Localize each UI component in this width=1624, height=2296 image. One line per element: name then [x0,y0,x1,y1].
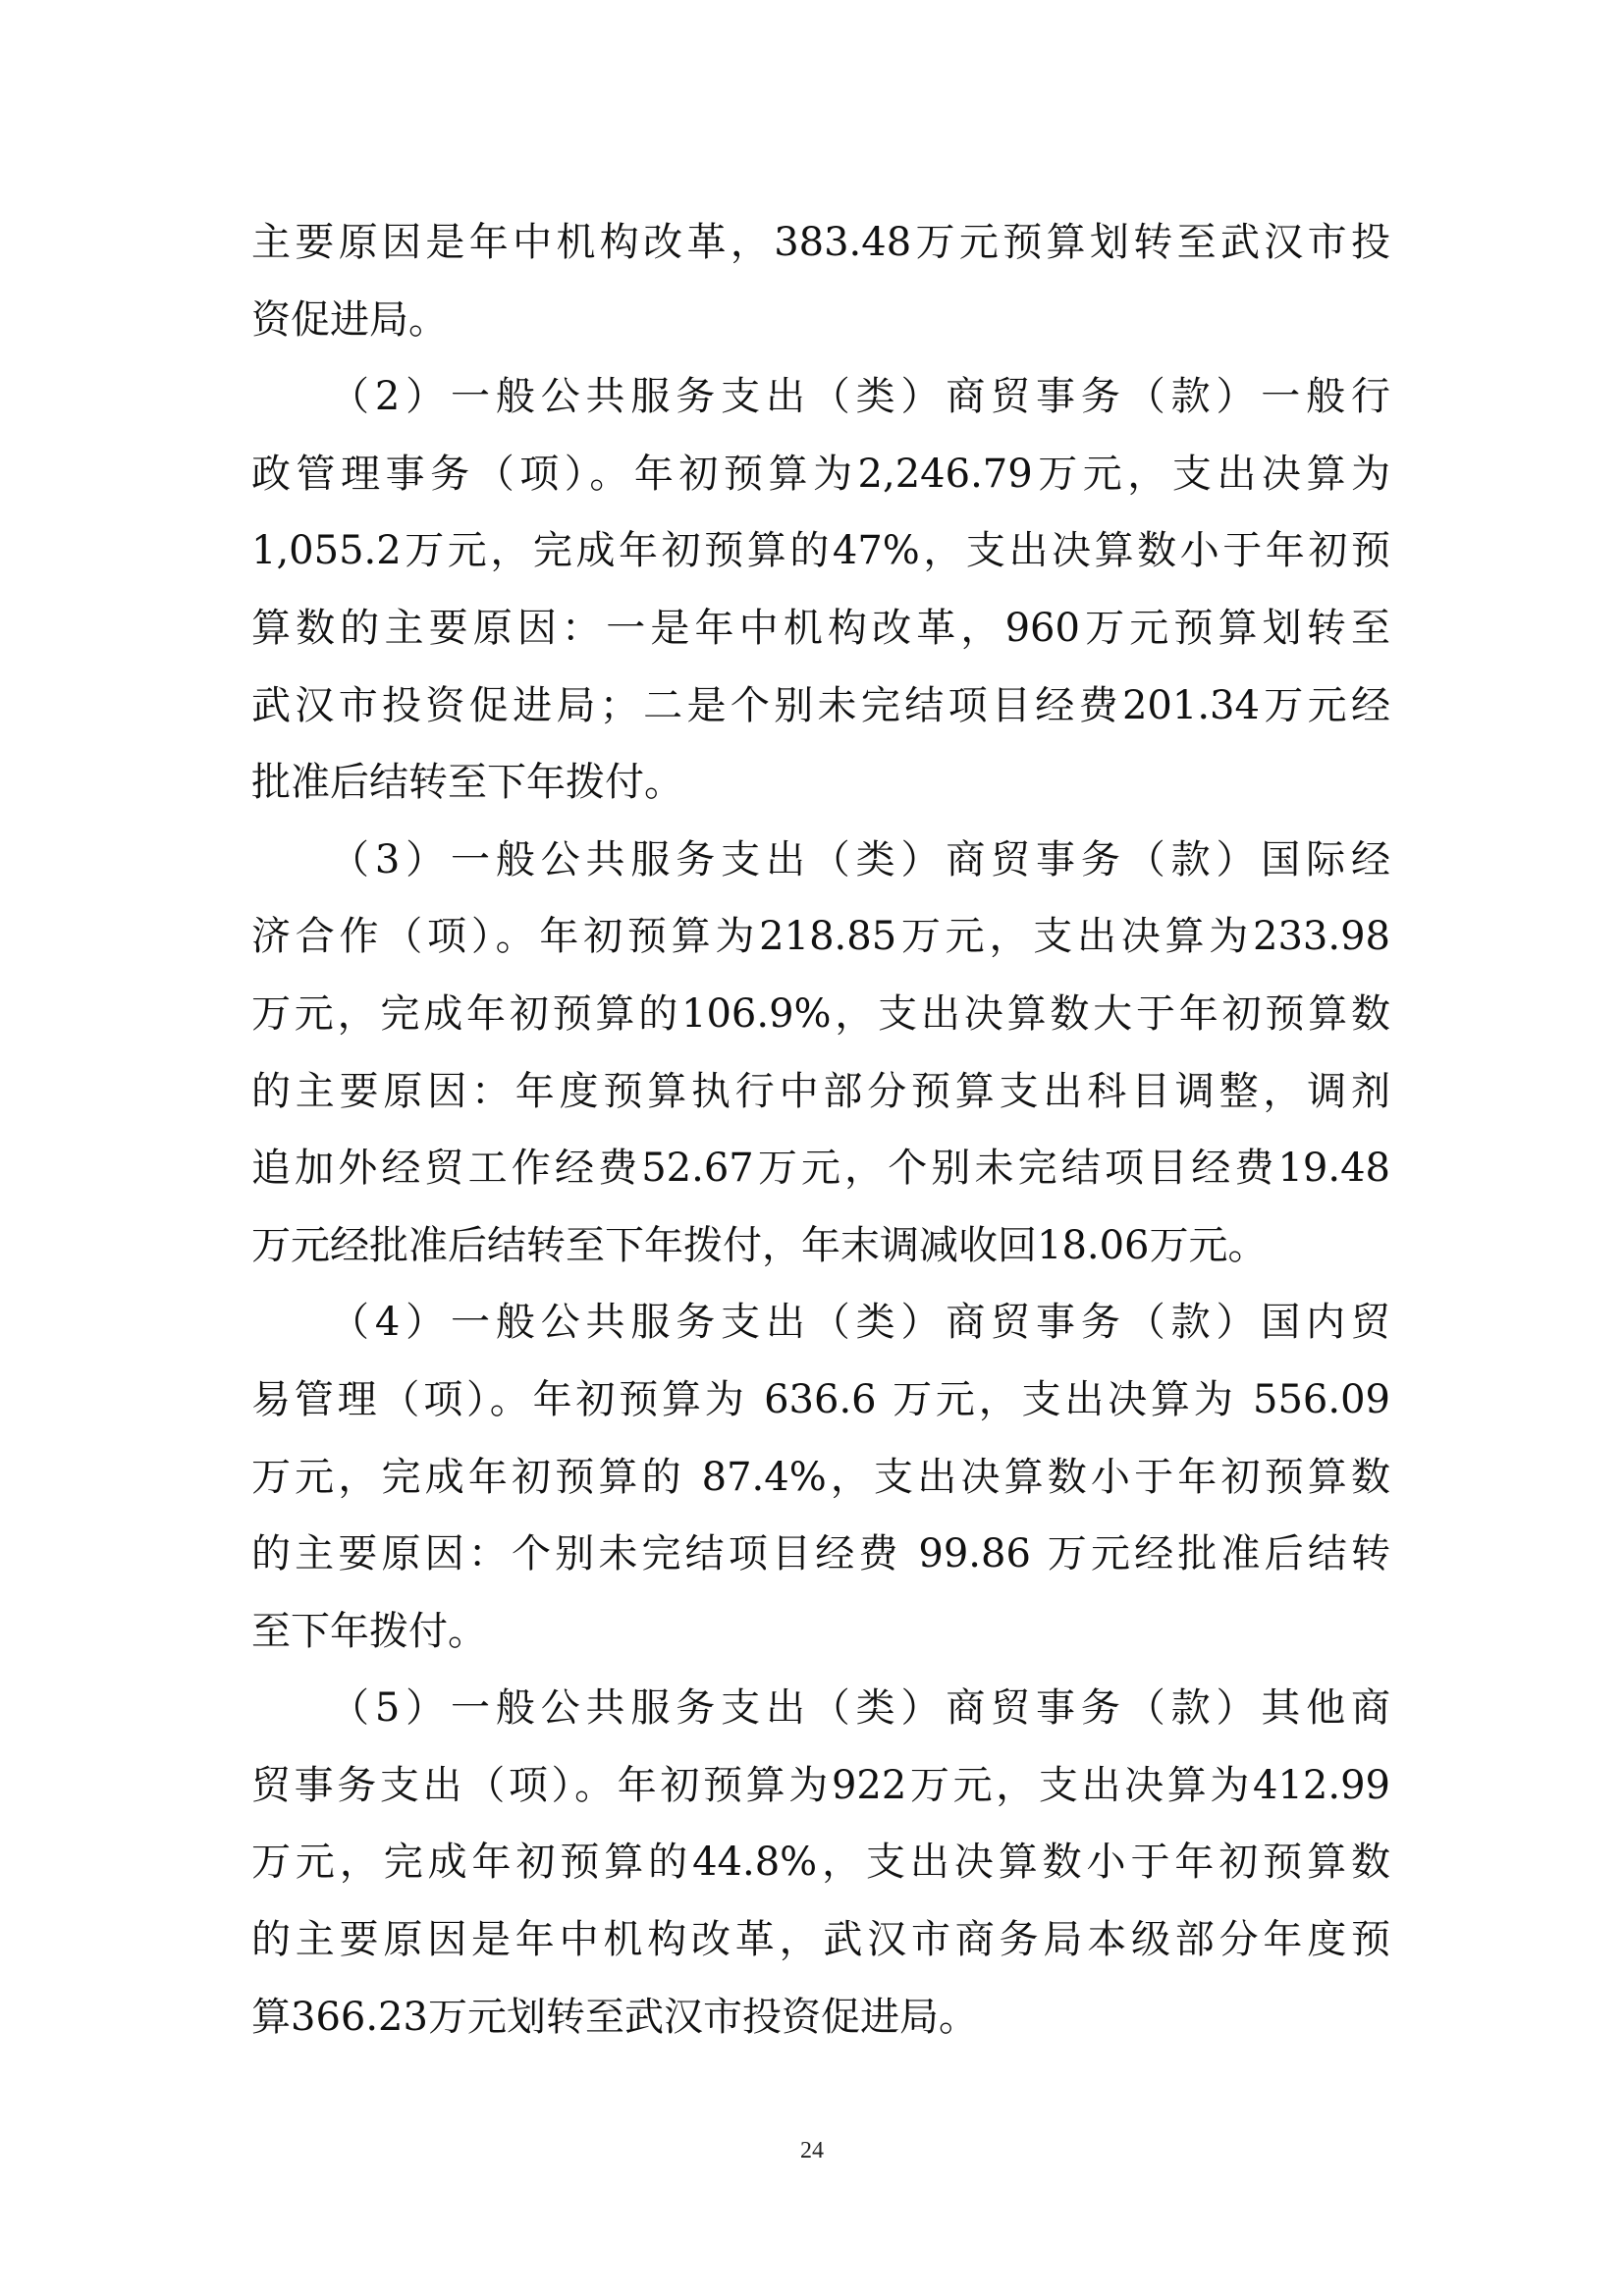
text-line: 万元经批准后结转至下年拨付，年末调减收回18.06万元。 [251,1207,1390,1285]
text-line: 万元，完成年初预算的 87.4%，支出决算数小于年初预算数 [251,1439,1390,1517]
paragraph-item-4: （4）一般公共服务支出（类）商贸事务（款）国内贸 易管理（项）。年初预算为 63… [251,1284,1390,1670]
text-line: 的主要原因：年度预算执行中部分预算支出科目调整，调剂 [251,1053,1390,1131]
text-line: 武汉市投资促进局；二是个别未完结项目经费201.34万元经 [251,667,1390,745]
document-page: 主要原因是年中机构改革，383.48万元预算划转至武汉市投 资促进局。 （2）一… [0,0,1624,2296]
text-line: （5）一般公共服务支出（类）商贸事务（款）其他商 [251,1670,1390,1747]
text-line: （4）一般公共服务支出（类）商贸事务（款）国内贸 [251,1284,1390,1362]
page-number: 24 [0,2138,1624,2164]
text-line: 政管理事务（项）。年初预算为2,246.79万元，支出决算为 [251,436,1390,513]
paragraph-item-5: （5）一般公共服务支出（类）商贸事务（款）其他商 贸事务支出（项）。年初预算为9… [251,1670,1390,2056]
text-line: （3）一般公共服务支出（类）商贸事务（款）国际经 [251,822,1390,899]
paragraph-continuation: 主要原因是年中机构改革，383.48万元预算划转至武汉市投 资促进局。 [251,204,1390,358]
text-line: 至下年拨付。 [251,1593,1390,1671]
text-line: 万元，完成年初预算的44.8%，支出决算数小于年初预算数 [251,1824,1390,1901]
text-line: 主要原因是年中机构改革，383.48万元预算划转至武汉市投 [251,204,1390,282]
text-line: （2）一般公共服务支出（类）商贸事务（款）一般行 [251,358,1390,436]
text-line: 万元，完成年初预算的106.9%，支出决算数大于年初预算数 [251,976,1390,1053]
paragraph-item-3: （3）一般公共服务支出（类）商贸事务（款）国际经 济合作（项）。年初预算为218… [251,822,1390,1285]
page-body: 主要原因是年中机构改革，383.48万元预算划转至武汉市投 资促进局。 （2）一… [251,204,1390,2056]
paragraph-item-2: （2）一般公共服务支出（类）商贸事务（款）一般行 政管理事务（项）。年初预算为2… [251,358,1390,822]
text-line: 的主要原因是年中机构改革，武汉市商务局本级部分年度预 [251,1901,1390,1979]
text-line: 批准后结转至下年拨付。 [251,744,1390,822]
text-line: 1,055.2万元，完成年初预算的47%，支出决算数小于年初预 [251,512,1390,590]
text-line: 资促进局。 [251,282,1390,359]
text-line: 的主要原因：个别未完结项目经费 99.86 万元经批准后结转 [251,1516,1390,1593]
text-line: 济合作（项）。年初预算为218.85万元，支出决算为233.98 [251,898,1390,976]
text-line: 贸事务支出（项）。年初预算为922万元，支出决算为412.99 [251,1747,1390,1825]
text-line: 易管理（项）。年初预算为 636.6 万元，支出决算为 556.09 [251,1362,1390,1439]
text-line: 追加外经贸工作经费52.67万元，个别未完结项目经费19.48 [251,1130,1390,1207]
text-line: 算366.23万元划转至武汉市投资促进局。 [251,1979,1390,2056]
text-line: 算数的主要原因：一是年中机构改革，960万元预算划转至 [251,590,1390,667]
